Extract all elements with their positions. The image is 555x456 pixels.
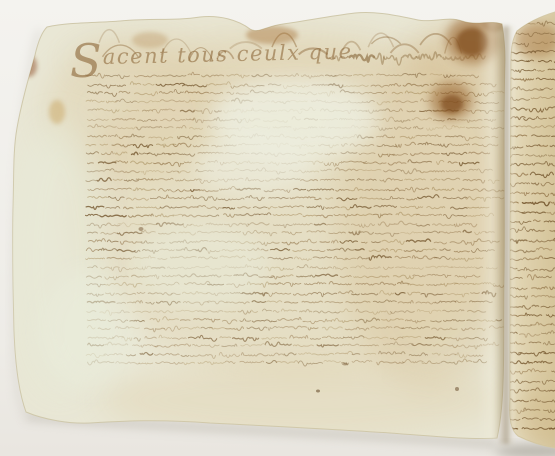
handwriting-stroke xyxy=(180,320,190,321)
handwriting-stroke xyxy=(100,215,127,217)
left-leaf-detail: S acent tous ceulx que xyxy=(10,12,530,444)
faded-patch xyxy=(40,270,140,390)
handwriting-stroke xyxy=(139,363,153,364)
ink-speck xyxy=(342,363,348,366)
ink-speck xyxy=(316,390,320,393)
stain-margin xyxy=(49,100,65,124)
stain-core xyxy=(441,95,463,113)
fold-crease xyxy=(497,26,515,444)
faded-patch xyxy=(130,220,270,310)
ink-speck xyxy=(139,227,144,231)
manuscript-photo: S acent tous ceulx que xyxy=(0,0,555,456)
handwriting-stroke xyxy=(549,390,555,391)
heading-initial: S xyxy=(70,34,102,88)
ink-speck xyxy=(455,387,459,391)
stain xyxy=(132,32,168,48)
handwriting-stroke xyxy=(225,311,236,312)
handwriting-stroke xyxy=(320,242,330,243)
parchment-scene: S acent tous ceulx que xyxy=(0,0,555,456)
faded-patch xyxy=(195,135,315,195)
